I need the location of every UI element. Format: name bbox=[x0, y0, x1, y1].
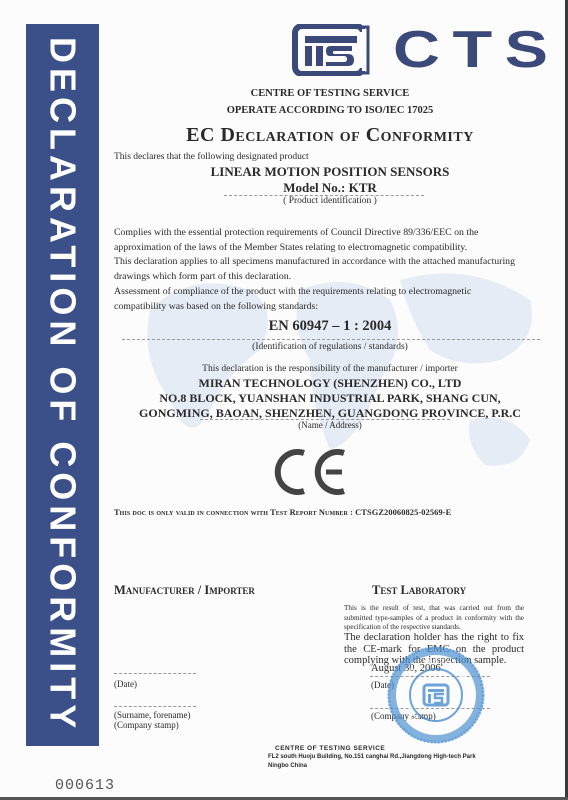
footer-address-2: Ningbo China bbox=[268, 763, 307, 769]
footer-address-1: FL2 south Huoju Building, No.151 canghai… bbox=[268, 754, 476, 760]
date-signature-line bbox=[114, 673, 196, 674]
standard-caption: (Identification of regulations / standar… bbox=[110, 342, 550, 352]
standard-number: EN 60947 – 1 : 2004 bbox=[110, 318, 550, 335]
company-stamp-label: (Company stamp) bbox=[114, 720, 179, 730]
sidebar-title: DECLARATION OF CONFORMITY bbox=[42, 37, 84, 733]
name-signature-line bbox=[114, 706, 196, 707]
responsibility-intro: This declaration is the responsibility o… bbox=[110, 364, 550, 374]
accreditation-line: OPERATE ACCORDING TO ISO/IEC 17025 bbox=[110, 105, 550, 116]
lab-note: This is the result of test, that was car… bbox=[344, 604, 524, 633]
footer-org: CENTRE OF TESTING SERVICE bbox=[275, 745, 385, 752]
brand-name: CTS bbox=[393, 20, 561, 80]
compliance-text: Complies with the essential protection r… bbox=[114, 226, 534, 314]
document-title: EC Declaration of Conformity bbox=[110, 124, 550, 147]
ce-mark-icon bbox=[274, 447, 354, 497]
serial-number: 000613 bbox=[55, 777, 115, 794]
validity-notice: This doc is only valid in connection wit… bbox=[114, 508, 451, 517]
cts-logo-icon bbox=[292, 24, 382, 81]
divider bbox=[122, 339, 540, 340]
manufacturer-heading: Manufacturer / Importer bbox=[114, 583, 255, 598]
centre-name: CENTRE OF TESTING SERVICE bbox=[110, 88, 550, 99]
lab-heading: Test Laboratory bbox=[372, 583, 466, 598]
surname-label: (Surname, forename) bbox=[114, 710, 190, 720]
svg-text:★: ★ bbox=[469, 693, 474, 700]
date-label: (Date) bbox=[114, 679, 137, 689]
product-intro: This declares that the following designa… bbox=[114, 152, 309, 162]
svg-text:★: ★ bbox=[398, 693, 403, 700]
manufacturer-address-1: NO.8 BLOCK, YUANSHAN INDUSTRIAL PARK, SH… bbox=[110, 391, 550, 406]
address-caption: (Name / Address) bbox=[110, 420, 550, 430]
product-name: LINEAR MOTION POSITION SENSORS bbox=[110, 164, 550, 180]
official-seal-icon: CENTRE OF TESTING SERVICE INTERNATIONAL … bbox=[386, 645, 486, 745]
model-number: Model No.: KTR bbox=[110, 180, 550, 196]
manufacturer-name: MIRAN TECHNOLOGY (SHENZHEN) CO., LTD bbox=[110, 376, 550, 391]
product-caption: ( Product identification ) bbox=[110, 196, 550, 206]
